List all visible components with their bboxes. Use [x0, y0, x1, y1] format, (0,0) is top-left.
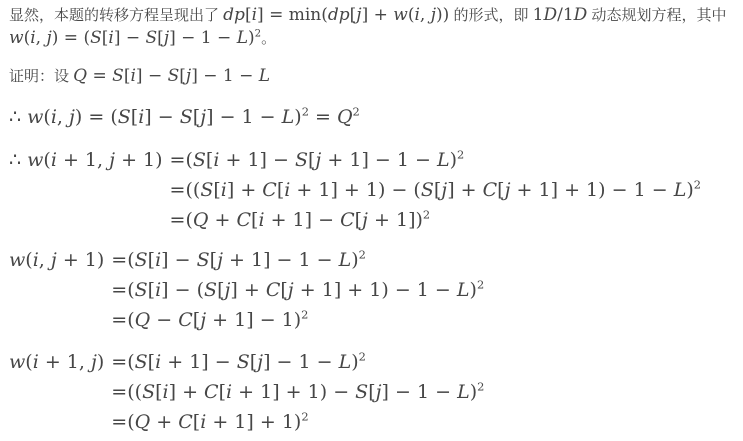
equation-line: =(S[i] − S[j + 1] − 1 − L)2 — [111, 245, 484, 275]
math-symbol: j — [362, 209, 368, 231]
math-symbol: j — [315, 149, 321, 171]
math-symbol: j — [505, 179, 511, 201]
equation-line: =(Q + C[i + 1] + 1)2 — [111, 407, 484, 437]
equation-rhs: =(S[i + 1] − S[j] − 1 − L)2 =((S[i] + C[… — [111, 347, 484, 437]
math-symbol: j — [164, 28, 169, 48]
math-symbol: i — [213, 149, 219, 171]
math-symbol: S — [180, 106, 193, 128]
math-symbol: S — [146, 28, 158, 48]
math-symbol: S — [135, 351, 148, 373]
equation-lhs: ∴ w(i + 1, j + 1) — [9, 145, 163, 175]
math-symbol: j — [217, 249, 223, 271]
text-run: 证明：设 — [9, 68, 73, 85]
math-symbol: S — [142, 381, 155, 403]
math-symbol: L — [339, 249, 352, 271]
math-symbol: j — [200, 106, 206, 128]
equation-line: =(Q + C[i + 1] − C[j + 1])2 — [170, 205, 701, 235]
equation-line: =(Q − C[j + 1] − 1)2 — [111, 305, 484, 335]
math-symbol: S — [112, 66, 124, 86]
math-symbol: w — [27, 106, 43, 128]
math-proof-page: { "page": { "background": "#ffffff", "te… — [0, 0, 743, 441]
math-symbol: C — [262, 179, 277, 201]
text-run: 。 — [261, 30, 276, 47]
math-symbol: i — [108, 28, 113, 48]
math-superscript: 2 — [359, 248, 366, 262]
math-symbol: i — [226, 381, 232, 403]
math-superscript: 2 — [302, 105, 309, 119]
math-symbol: L — [339, 351, 352, 373]
text-run: 的形式，即 — [449, 7, 532, 24]
math-symbol: j — [186, 66, 191, 86]
math-symbol: w — [9, 249, 25, 271]
math-symbol: i — [155, 279, 161, 301]
math-symbol: i — [33, 249, 39, 271]
math-superscript: 2 — [477, 278, 484, 292]
equation-block-w-i1-j: w(i + 1, j) =(S[i + 1] − S[j] − 1 − L)2 … — [9, 347, 734, 437]
math-symbol: S — [200, 179, 213, 201]
math-symbol: i — [200, 411, 206, 433]
math-symbol: C — [340, 209, 355, 231]
math-superscript: 2 — [694, 178, 701, 192]
equation-line: =((S[i] + C[i + 1] + 1) − S[j] − 1 − L)2 — [111, 377, 484, 407]
inline-math: 1D/1D — [533, 5, 588, 25]
math-symbol: j — [51, 249, 57, 271]
math-symbol: j — [69, 106, 75, 128]
math-symbol: C — [178, 309, 193, 331]
math-superscript: 2 — [359, 350, 366, 364]
math-symbol: S — [135, 279, 148, 301]
math-symbol: i — [221, 179, 227, 201]
math-symbol: j — [376, 381, 382, 403]
math-symbol: j — [91, 351, 97, 373]
math-symbol: j — [356, 5, 361, 25]
math-symbol: j — [288, 279, 294, 301]
equation-block-w-i-j1: w(i, j + 1) =(S[i] − S[j + 1] − 1 − L)2 … — [9, 245, 734, 335]
math-symbol: i — [51, 106, 57, 128]
math-symbol: L — [282, 106, 295, 128]
inline-math: Q = S[i] − S[j] − 1 − L — [73, 66, 270, 86]
math-symbol: C — [266, 279, 281, 301]
inline-math: dp[i] = min(dp[j] + w(i, j)) — [223, 5, 449, 25]
equation-line: =((S[i] + C[i + 1] + 1) − (S[j] + C[j + … — [170, 175, 701, 205]
math-symbol: w — [9, 28, 24, 48]
math-symbol: Q — [73, 66, 87, 86]
math-symbol: S — [197, 249, 210, 271]
math-symbol: C — [204, 381, 219, 403]
math-symbol: w — [393, 5, 408, 25]
math-symbol: S — [355, 381, 368, 403]
math-symbol: D — [574, 5, 588, 25]
equation-lhs: w(i + 1, j) — [9, 347, 104, 377]
math-symbol: D — [543, 5, 557, 25]
equation-block-w-i1-j1: ∴ w(i + 1, j + 1) =(S[i + 1] − S[j + 1] … — [9, 145, 734, 235]
math-symbol: w — [27, 149, 43, 171]
math-superscript: 2 — [457, 148, 464, 162]
math-symbol: i — [252, 5, 257, 25]
equation-rhs: =(S[i] − S[j + 1] − 1 − L)2 =(S[i] − (S[… — [111, 245, 484, 335]
math-symbol: S — [90, 28, 102, 48]
math-symbol: L — [457, 279, 470, 301]
math-symbol: S — [204, 279, 217, 301]
math-symbol: w — [9, 351, 25, 373]
math-symbol: j — [46, 28, 51, 48]
text-run: 显然，本题的转移方程呈现出了 — [9, 7, 223, 24]
math-symbol: L — [674, 179, 687, 201]
math-symbol: j — [224, 279, 230, 301]
math-symbol: L — [437, 149, 450, 171]
math-symbol: S — [295, 149, 308, 171]
math-symbol: j — [200, 309, 206, 331]
math-symbol: Q — [337, 106, 353, 128]
math-superscript: 2 — [477, 380, 484, 394]
math-superscript: 2 — [423, 208, 430, 222]
equation-line: =(S[i + 1] − S[j + 1] − 1 − L)2 — [170, 145, 701, 175]
math-symbol: i — [33, 351, 39, 373]
math-symbol: j — [431, 5, 436, 25]
math-symbol: i — [30, 28, 35, 48]
math-symbol: i — [155, 351, 161, 373]
math-symbol: Q — [193, 209, 209, 231]
equation-line: =(S[i] − (S[j] + C[j + 1] + 1) − 1 − L)2 — [111, 275, 484, 305]
text-run: 动态规划方程，其中 — [587, 7, 726, 24]
math-symbol: j — [441, 179, 447, 201]
equation-w-ij: ∴ w(i, j) = (S[i] − S[j] − 1 − L)2 = Q2 — [9, 104, 734, 131]
math-symbol: dp — [223, 5, 245, 25]
inline-math: w(i, j) = (S[i] − S[j] − 1 − L)2 — [9, 28, 261, 48]
math-symbol: i — [155, 249, 161, 271]
equation-line: =(S[i + 1] − S[j] − 1 − L)2 — [111, 347, 484, 377]
math-symbol: i — [258, 209, 264, 231]
math-symbol: i — [51, 149, 57, 171]
math-symbol: S — [193, 149, 206, 171]
math-symbol: S — [168, 66, 180, 86]
math-symbol: i — [284, 179, 290, 201]
math-symbol: i — [130, 66, 135, 86]
math-superscript: 2 — [301, 308, 308, 322]
math-symbol: Q — [135, 309, 151, 331]
math-superscript: 2 — [353, 105, 360, 119]
math-symbol: Q — [135, 411, 151, 433]
math-symbol: S — [421, 179, 434, 201]
math-symbol: j — [257, 351, 263, 373]
math-symbol: S — [237, 351, 250, 373]
math-symbol: L — [237, 28, 248, 48]
equation-rhs: =(S[i + 1] − S[j + 1] − 1 − L)2 =((S[i] … — [170, 145, 701, 235]
math-superscript: 2 — [301, 410, 308, 424]
math-symbol: min — [289, 5, 322, 25]
equation-lhs: w(i, j + 1) — [9, 245, 104, 275]
proof-intro-line: 证明：设 Q = S[i] − S[j] − 1 − L — [9, 65, 734, 88]
math-symbol: j — [109, 149, 115, 171]
math-symbol: S — [118, 106, 131, 128]
intro-paragraph: 显然，本题的转移方程呈现出了 dp[i] = min(dp[j] + w(i, … — [9, 4, 734, 50]
math-symbol: C — [236, 209, 251, 231]
math-symbol: i — [138, 106, 144, 128]
math-symbol: L — [457, 381, 470, 403]
math-symbol: i — [163, 381, 169, 403]
math-symbol: L — [259, 66, 270, 86]
math-symbol: dp — [328, 5, 350, 25]
math-symbol: S — [135, 249, 148, 271]
math-symbol: C — [483, 179, 498, 201]
math-symbol: C — [178, 411, 193, 433]
math-symbol: i — [414, 5, 419, 25]
